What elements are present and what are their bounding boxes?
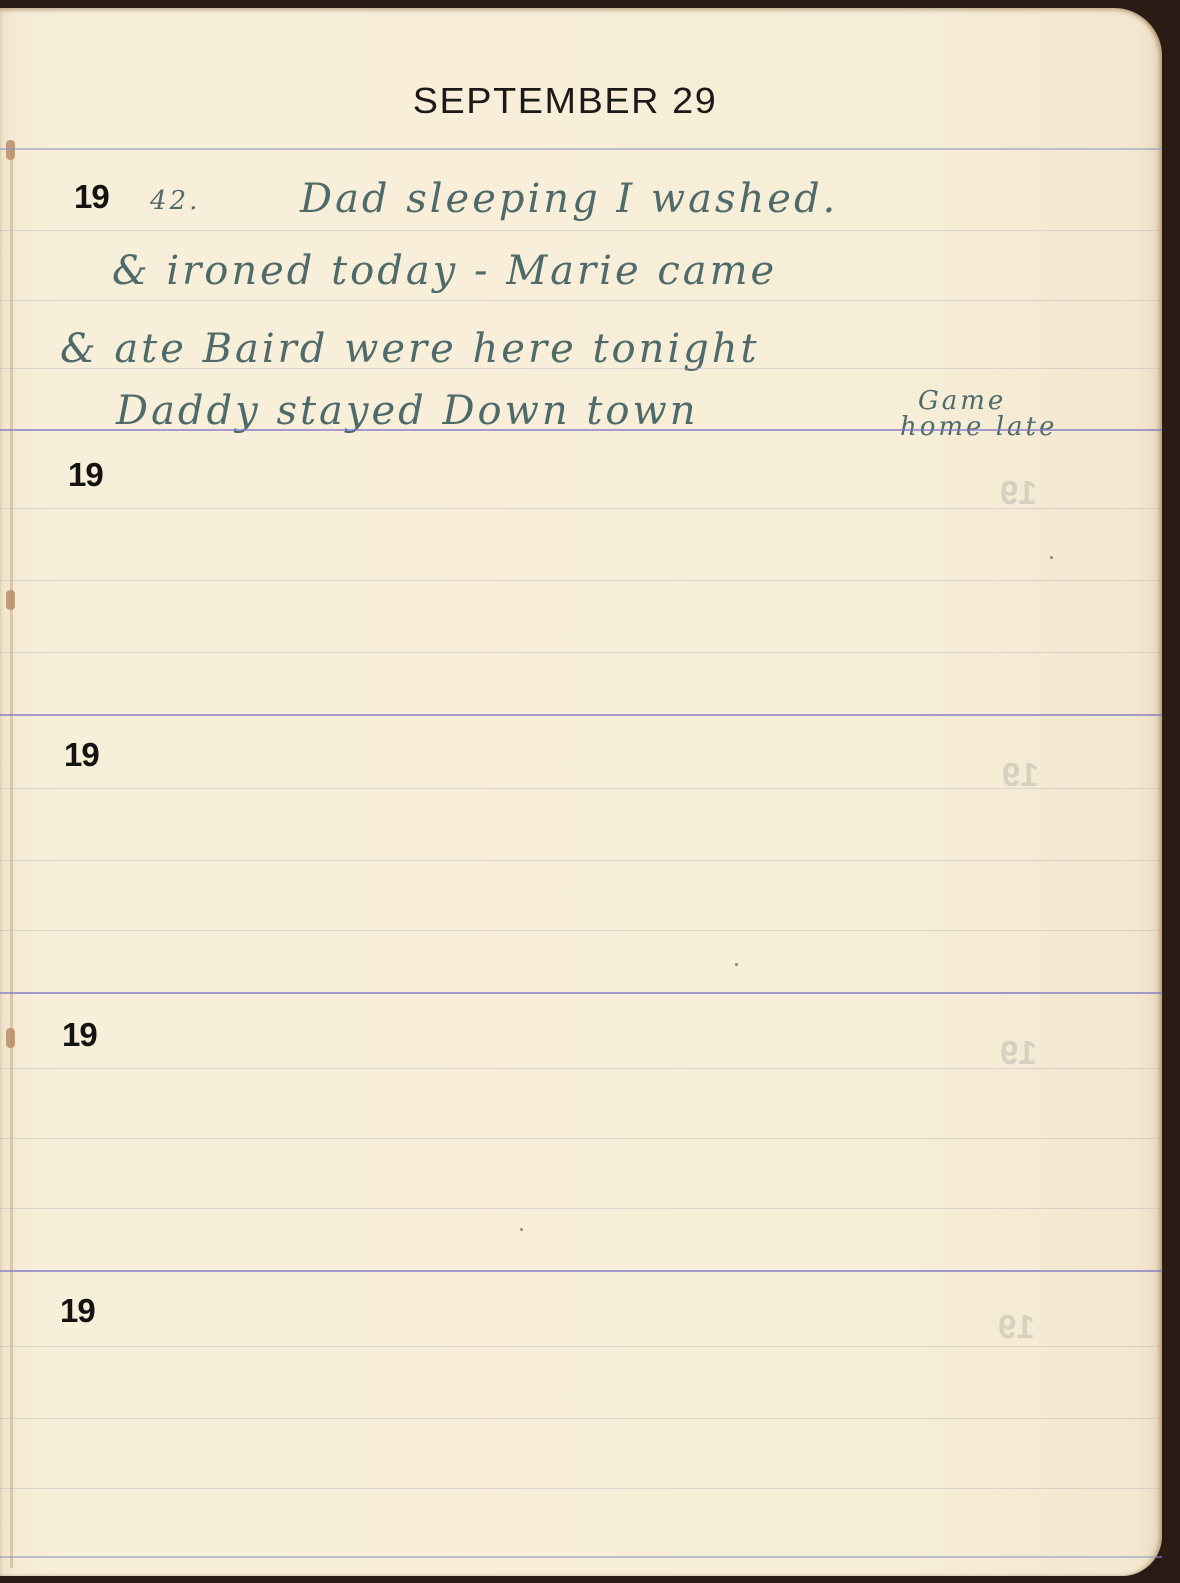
writing-rule [0,860,1162,861]
paper-speck [520,1228,523,1231]
bottom-rule [0,1556,1162,1558]
binding-thread-knot [6,140,15,160]
header-rule [0,148,1162,150]
entry-year-label: 19 [60,1292,95,1330]
writing-rule [0,300,1162,301]
page-title: SEPTEMBER 29 [0,80,1158,122]
writing-rule [0,930,1162,931]
bleed-through-year: 19 [1000,1034,1037,1072]
writing-rule [0,1488,1162,1489]
writing-rule [0,508,1162,509]
entry-year-suffix: 42. [150,186,200,216]
writing-rule [0,1208,1162,1209]
entry-line: Daddy stayed Down town [116,388,699,434]
entry-year-label: 19 [64,736,99,774]
writing-rule [0,652,1162,653]
bleed-through-year: 19 [1000,474,1037,512]
writing-rule [0,1418,1162,1419]
writing-rule [0,368,1162,369]
writing-rule [0,788,1162,789]
binding-thread-knot [6,590,15,610]
bleed-through-year: 19 [998,1308,1035,1346]
entry-insert-below: home late [900,412,1057,442]
entry-line: & ironed today - Marie came [112,248,777,294]
writing-rule [0,1068,1162,1069]
section-divider [0,714,1162,716]
writing-rule [0,1138,1162,1139]
writing-rule [0,580,1162,581]
section-divider [0,429,1162,431]
entry-year-label: 19 [68,456,103,494]
entry-line: Dad sleeping I washed. [300,176,838,222]
entry-year-label: 19 [74,178,109,216]
writing-rule [0,230,1162,231]
paper-speck [735,963,738,966]
binding-thread-knot [6,1028,15,1048]
entry-year-label: 19 [62,1016,97,1054]
entry-line: & ate Baird were here tonight [60,326,760,372]
section-divider [0,992,1162,994]
diary-page: SEPTEMBER 29 19 42. Dad sleeping I washe… [0,8,1162,1576]
paper-speck [1050,556,1053,559]
page-binding-edge [10,148,13,1568]
writing-rule [0,1346,1162,1347]
section-divider [0,1270,1162,1272]
